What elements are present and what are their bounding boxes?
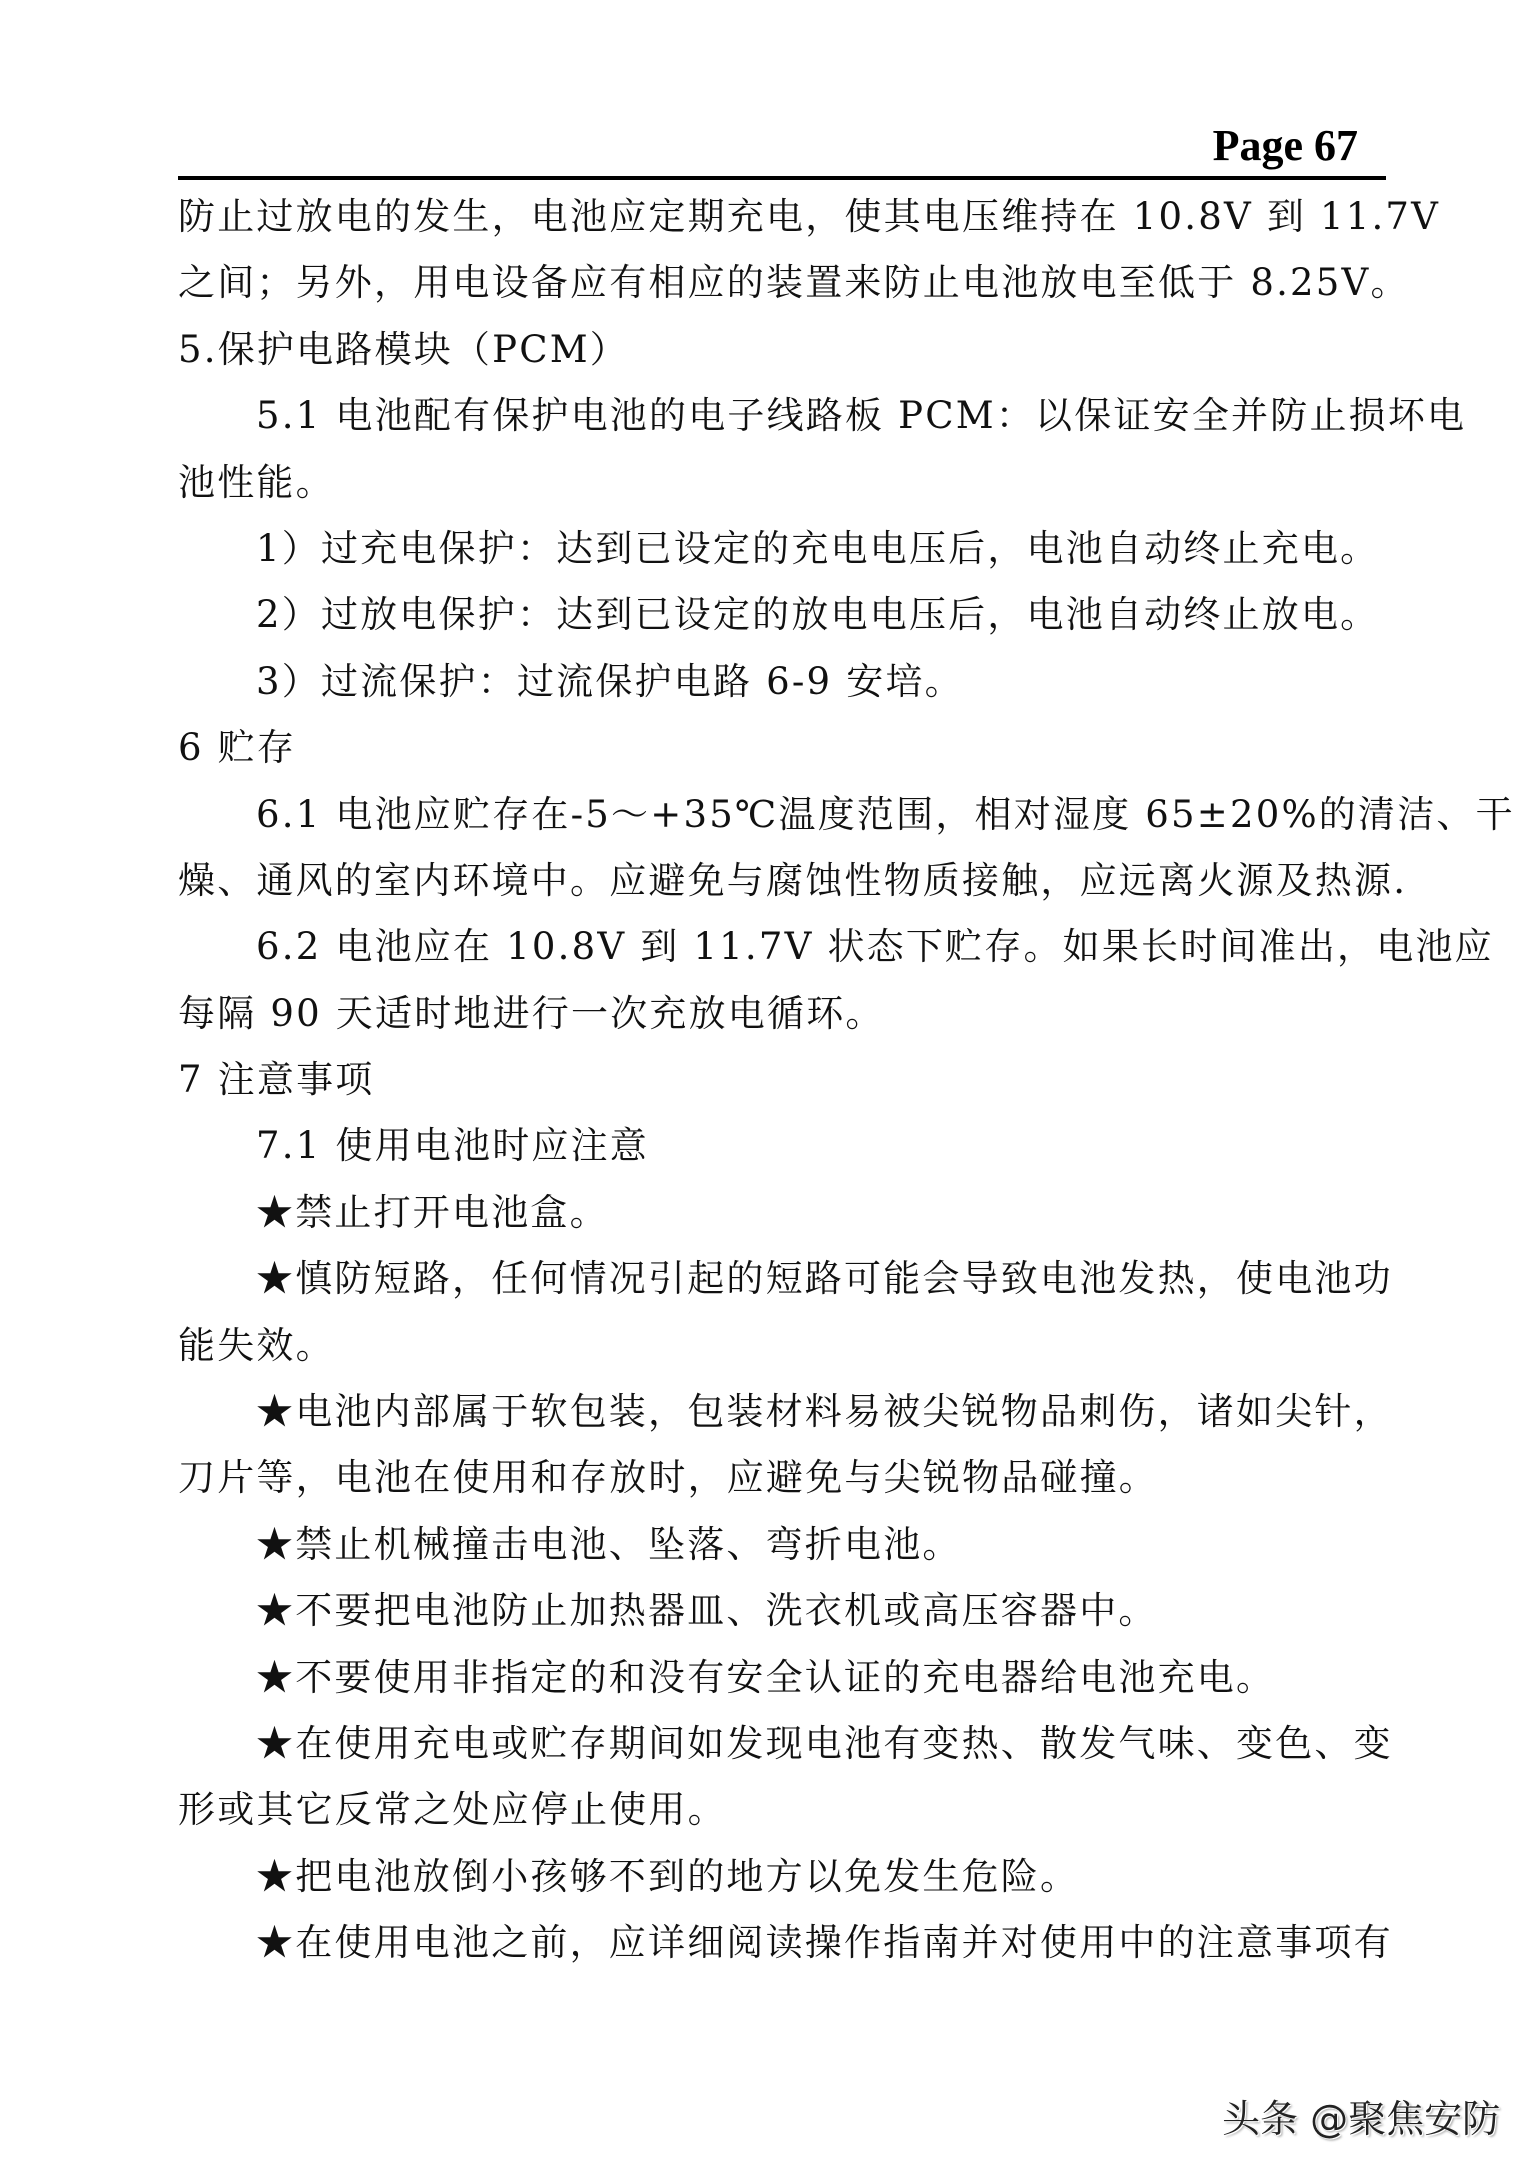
paragraph-line: 形或其它反常之处应停止使用。 (178, 1777, 1364, 1843)
star-bullet-item: ★在使用电池之前，应详细阅读操作指南并对使用中的注意事项有 (178, 1910, 1364, 1976)
star-bullet-item: ★不要把电池防止加热器皿、洗衣机或高压容器中。 (178, 1578, 1364, 1644)
watermark-source-label: 头条 @聚焦安防 (1222, 2094, 1500, 2144)
paragraph-line: 6.2 电池应在 10.8V 到 11.7V 状态下贮存。如果长时间准出，电池应 (178, 914, 1364, 980)
page-number-header: Page 67 (178, 118, 1358, 174)
paragraph-line: 能失效。 (178, 1313, 1364, 1379)
section-heading-7: 7 注意事项 (178, 1047, 1364, 1113)
paragraph-line: 5.1 电池配有保护电池的电子线路板 PCM：以保证安全并防止损坏电 (178, 383, 1364, 449)
section-heading-6: 6 贮存 (178, 715, 1364, 781)
star-bullet-item: ★在使用充电或贮存期间如发现电池有变热、散发气味、变色、变 (178, 1711, 1364, 1777)
document-body: 防止过放电的发生，电池应定期充电，使其电压维持在 10.8V 到 11.7V 之… (178, 184, 1364, 1977)
star-bullet-item: ★不要使用非指定的和没有安全认证的充电器给电池充电。 (178, 1645, 1364, 1711)
list-item-overdischarge: 2）过放电保护：达到已设定的放电电压后，电池自动终止放电。 (178, 582, 1364, 648)
header-rule-divider (178, 176, 1386, 180)
paragraph-line: 防止过放电的发生，电池应定期充电，使其电压维持在 10.8V 到 11.7V (178, 184, 1364, 250)
paragraph-line: 池性能。 (178, 450, 1364, 516)
paragraph-line: 6.1 电池应贮存在-5～+35℃温度范围，相对湿度 65±20%的清洁、干 (178, 782, 1364, 848)
list-item-overcharge: 1）过充电保护：达到已设定的充电电压后，电池自动终止充电。 (178, 516, 1364, 582)
star-bullet-item: ★禁止打开电池盒。 (178, 1180, 1364, 1246)
paragraph-line: 燥、通风的室内环境中。应避免与腐蚀性物质接触，应远离火源及热源. (178, 848, 1364, 914)
section-heading-5: 5.保护电路模块（PCM） (178, 317, 1364, 383)
list-item-overcurrent: 3）过流保护：过流保护电路 6-9 安培。 (178, 649, 1364, 715)
paragraph-line: 之间；另外，用电设备应有相应的装置来防止电池放电至低于 8.25V。 (178, 250, 1364, 316)
star-bullet-item: ★电池内部属于软包装，包装材料易被尖锐物品刺伤，诸如尖针， (178, 1379, 1364, 1445)
paragraph-line: 每隔 90 天适时地进行一次充放电循环。 (178, 981, 1364, 1047)
star-bullet-item: ★慎防短路，任何情况引起的短路可能会导致电池发热，使电池功 (178, 1246, 1364, 1312)
paragraph-line: 刀片等，电池在使用和存放时，应避免与尖锐物品碰撞。 (178, 1445, 1364, 1511)
subsection-heading-7-1: 7.1 使用电池时应注意 (178, 1113, 1364, 1179)
star-bullet-item: ★禁止机械撞击电池、坠落、弯折电池。 (178, 1512, 1364, 1578)
star-bullet-item: ★把电池放倒小孩够不到的地方以免发生危险。 (178, 1844, 1364, 1910)
